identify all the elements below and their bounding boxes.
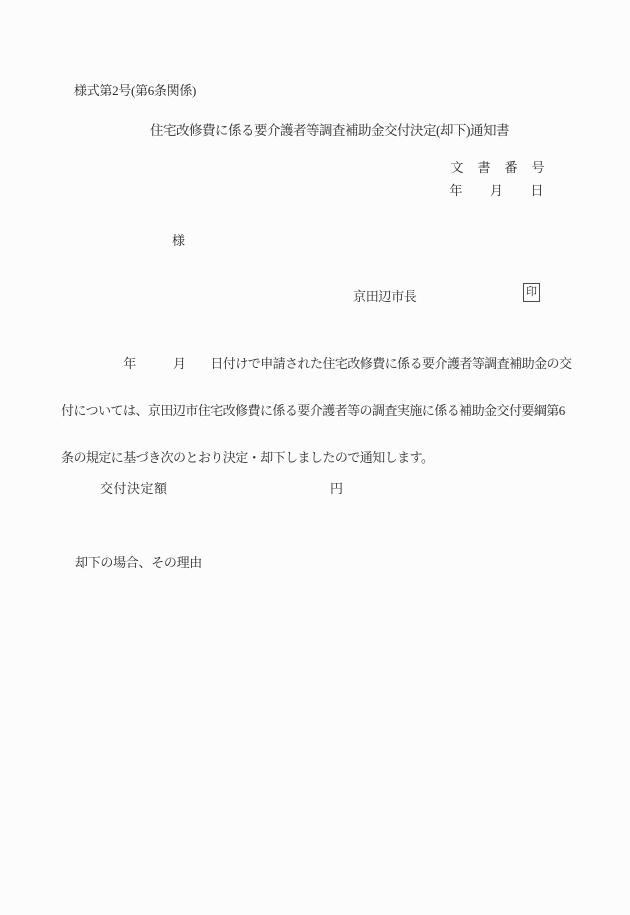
form-number: 様式第2号(第6条関係) [74, 84, 196, 97]
document-title: 住宅改修費に係る要介護者等調査補助金交付決定(却下)通知書 [150, 124, 509, 138]
body-line-1: 年 月 日付けで申請された住宅改修費に係る要介護者等調査補助金の交 [61, 357, 561, 378]
body-paragraph: 年 月 日付けで申請された住宅改修費に係る要介護者等調査補助金の交 付については… [61, 331, 561, 498]
seal-placeholder: 印 [523, 283, 540, 302]
issuer-name: 京田辺市長 [353, 290, 417, 303]
document-number-label: 文 書 番 号 [450, 161, 545, 174]
currency-unit-label: 円 [330, 482, 343, 495]
date-line: 年 月 日 [449, 184, 544, 197]
body-line-2: 付については、京田辺市住宅改修費に係る要介護者等の調査実施に係る補助金交付要綱第… [61, 404, 561, 425]
document-page: 様式第2号(第6条関係) 住宅改修費に係る要介護者等調査補助金交付決定(却下)通… [0, 0, 630, 915]
addressee-suffix: 様 [172, 234, 185, 247]
rejection-reason-label: 却下の場合、その理由 [75, 556, 202, 569]
body-line-3: 条の規定に基づき次のとおり決定・却下しましたので通知します。 [61, 451, 561, 472]
grant-amount-label: 交付決定額 [100, 482, 168, 495]
